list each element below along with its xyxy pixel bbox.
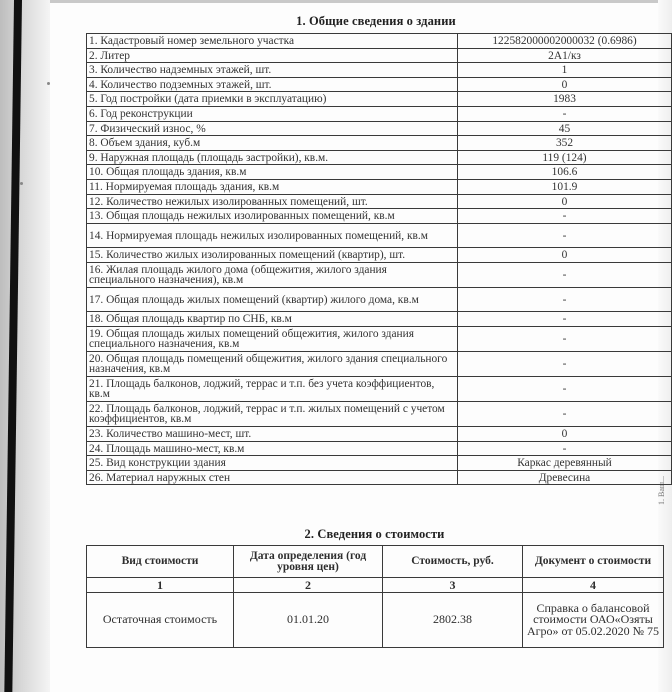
header-determination-date: Дата определения (год уровня цен) [234, 546, 383, 578]
table-row: 5. Год постройки (дата приемки в эксплуа… [87, 92, 672, 107]
row-label: 20. Общая площадь помещений общежития, ж… [87, 351, 458, 376]
row-label: 13. Общая площадь нежилых изолированных … [87, 209, 458, 224]
row-value: 45 [458, 121, 672, 136]
cost-row: Остаточная стоимость 01.01.20 2802.38 Сп… [87, 593, 664, 648]
table-row: 3. Количество надземных этажей, шт.1 [87, 63, 672, 78]
scan-speck [20, 182, 23, 185]
section-2-title: 2. Сведения о стоимости [86, 527, 663, 542]
row-label: 19. Общая площадь жилых помещений общежи… [87, 326, 458, 351]
table-row: 23. Количество машино-мест, шт.0 [87, 426, 672, 441]
column-number: 3 [383, 578, 523, 593]
row-value: 106.6 [458, 165, 672, 180]
row-value: 1 [458, 63, 672, 78]
row-value: 2А1/кз [458, 48, 672, 63]
header-cost-document: Документ о стоимости [523, 546, 664, 578]
row-label: 23. Количество машино-мест, шт. [87, 426, 458, 441]
table-row: 10. Общая площадь здания, кв.м106.6 [87, 165, 672, 180]
row-label: 16. Жилая площадь жилого дома (общежития… [87, 262, 458, 287]
row-value: - [458, 209, 672, 224]
row-value: - [458, 326, 672, 351]
table-row: 13. Общая площадь нежилых изолированных … [87, 209, 672, 224]
row-label: 17. Общая площадь жилых помещений (кварт… [87, 287, 458, 312]
table-row: 26. Материал наружных стенДревесина [87, 470, 672, 485]
row-label: 3. Количество надземных этажей, шт. [87, 63, 458, 78]
row-value: - [458, 401, 672, 426]
row-label: 1. Кадастровый номер земельного участка [87, 34, 458, 49]
row-label: 14. Нормируемая площадь нежилых изолиров… [87, 223, 458, 248]
table-row: 12. Количество нежилых изолированных пом… [87, 194, 672, 209]
cost-document: Справка о балансовой стоимости ОАО«Озяты… [523, 593, 664, 648]
building-info-table: 1. Кадастровый номер земельного участка1… [86, 33, 672, 485]
row-value: Древесина [458, 470, 672, 485]
row-label: 6. Год реконструкции [87, 106, 458, 121]
row-value: 122582000002000032 (0.6986) [458, 34, 672, 49]
table-row: 8. Объем здания, куб.м352 [87, 136, 672, 151]
table-row: 24. Площадь машино-мест, кв.м- [87, 441, 672, 456]
row-value: - [458, 262, 672, 287]
column-number: 4 [523, 578, 664, 593]
row-label: 11. Нормируемая площадь здания, кв.м [87, 179, 458, 194]
cost-value: 2802.38 [383, 593, 523, 648]
table-row: 15. Количество жилых изолированных помещ… [87, 248, 672, 263]
header-cost-value: Стоимость, руб. [383, 546, 523, 578]
row-label: 9. Наружная площадь (площадь застройки),… [87, 150, 458, 165]
column-number: 2 [234, 578, 383, 593]
row-value: - [458, 312, 672, 327]
row-value: Каркас деревянный [458, 456, 672, 471]
row-value: 0 [458, 194, 672, 209]
row-label: 24. Площадь машино-мест, кв.м [87, 441, 458, 456]
column-number-row: 1 2 3 4 [87, 578, 664, 593]
table-row: 17. Общая площадь жилых помещений (кварт… [87, 287, 672, 312]
column-number: 1 [87, 578, 234, 593]
table-row: 14. Нормируемая площадь нежилых изолиров… [87, 223, 672, 248]
table-row: 9. Наружная площадь (площадь застройки),… [87, 150, 672, 165]
row-label: 4. Количество подземных этажей, шт. [87, 77, 458, 92]
row-value: - [458, 106, 672, 121]
table-row: 25. Вид конструкции зданияКаркас деревян… [87, 456, 672, 471]
row-label: 25. Вид конструкции здания [87, 456, 458, 471]
row-label: 2. Литер [87, 48, 458, 63]
row-label: 10. Общая площадь здания, кв.м [87, 165, 458, 180]
row-value: 101.9 [458, 179, 672, 194]
table-row: 11. Нормируемая площадь здания, кв.м101.… [87, 179, 672, 194]
table-row: 22. Площадь балконов, лоджий, террас и т… [87, 401, 672, 426]
row-label: 8. Объем здания, куб.м [87, 136, 458, 151]
scan-speck [47, 82, 50, 85]
row-value: - [458, 351, 672, 376]
section-1-title: 1. Общие сведения о здании [86, 14, 666, 29]
cost-type: Остаточная стоимость [87, 593, 234, 648]
row-value: 0 [458, 77, 672, 92]
table-row: 1. Кадастровый номер земельного участка1… [87, 34, 672, 49]
row-value: - [458, 223, 672, 248]
table-row: 7. Физический износ, %45 [87, 121, 672, 136]
row-label: 22. Площадь балконов, лоджий, террас и т… [87, 401, 458, 426]
determination-date: 01.01.20 [234, 593, 383, 648]
row-value: 0 [458, 248, 672, 263]
table-row: 2. Литер2А1/кз [87, 48, 672, 63]
table-row: 16. Жилая площадь жилого дома (общежития… [87, 262, 672, 287]
table-row: 20. Общая площадь помещений общежития, ж… [87, 351, 672, 376]
row-label: 26. Материал наружных стен [87, 470, 458, 485]
row-value: 119 (124) [458, 150, 672, 165]
row-value: 1983 [458, 92, 672, 107]
row-label: 5. Год постройки (дата приемки в эксплуа… [87, 92, 458, 107]
table-row: 19. Общая площадь жилых помещений общежи… [87, 326, 672, 351]
row-label: 18. Общая площадь квартир по СНБ, кв.м [87, 312, 458, 327]
row-value: 352 [458, 136, 672, 151]
row-value: 0 [458, 426, 672, 441]
row-label: 12. Количество нежилых изолированных пом… [87, 194, 458, 209]
table-row: 18. Общая площадь квартир по СНБ, кв.м- [87, 312, 672, 327]
table-row: 4. Количество подземных этажей, шт.0 [87, 77, 672, 92]
row-value: - [458, 287, 672, 312]
row-value: - [458, 441, 672, 456]
row-label: 7. Физический износ, % [87, 121, 458, 136]
scan-top-edge [50, 0, 672, 3]
table-row: 21. Площадь балконов, лоджий, террас и т… [87, 376, 672, 401]
cost-info-table: Вид стоимости Дата определения (год уров… [86, 545, 664, 648]
cost-header-row: Вид стоимости Дата определения (год уров… [87, 546, 664, 578]
row-label: 15. Количество жилых изолированных помещ… [87, 248, 458, 263]
row-value: - [458, 376, 672, 401]
table-row: 6. Год реконструкции- [87, 106, 672, 121]
row-label: 21. Площадь балконов, лоджий, террас и т… [87, 376, 458, 401]
header-cost-type: Вид стоимости [87, 546, 234, 578]
